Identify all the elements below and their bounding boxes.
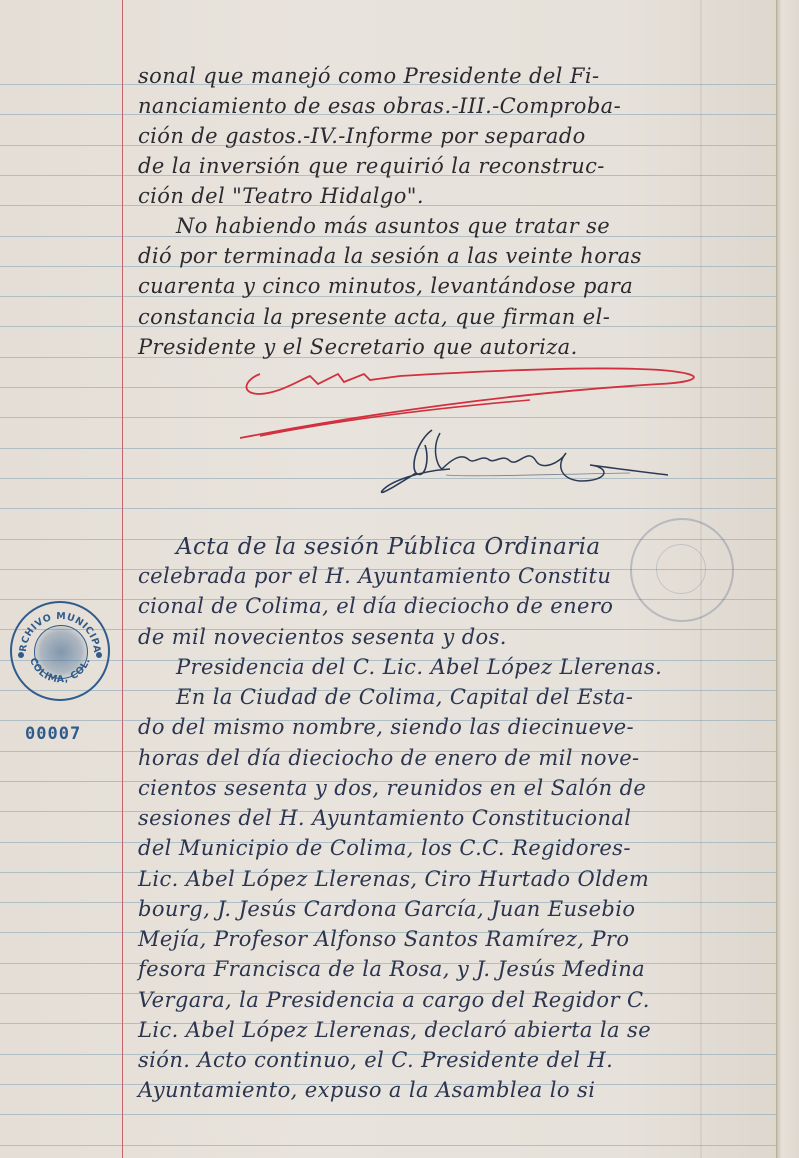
entry-title-line: Acta de la sesión Pública Ordinaria	[176, 536, 600, 559]
stamp-top-text: ARCHIVO MUNICIPAL	[12, 603, 102, 654]
stamp-bottom-text: COLIMA, COL.	[27, 656, 93, 685]
text-line: Lic. Abel López Llerenas, Ciro Hurtado O…	[138, 869, 649, 890]
text-line: sesiones del H. Ayuntamiento Constitucio…	[138, 808, 631, 829]
text-line: cientos sesenta y dos, reunidos en el Sa…	[138, 778, 646, 799]
text-line: horas del día dieciocho de enero de mil …	[138, 748, 640, 769]
stamp-star-icon	[96, 652, 102, 658]
text-line: dió por terminada la sesión a las veinte…	[138, 246, 642, 267]
ruled-line	[0, 508, 778, 509]
presidency-line: Presidencia del C. Lic. Abel López Llere…	[176, 657, 662, 678]
bleed-through-stamp	[630, 518, 734, 622]
text-line: Mejía, Profesor Alfonso Santos Ramírez, …	[138, 929, 629, 950]
text-line: del Municipio de Colima, los C.C. Regido…	[138, 838, 631, 859]
stamp-star-icon	[18, 652, 24, 658]
svg-text:ARCHIVO MUNICIPAL: ARCHIVO MUNICIPAL	[12, 603, 102, 654]
text-line: sión. Acto continuo, el C. Presidente de…	[138, 1050, 613, 1071]
text-line: do del mismo nombre, siendo las diecinue…	[138, 717, 634, 738]
page-edge	[776, 0, 799, 1158]
text-line: cional de Colima, el día dieciocho de en…	[138, 596, 613, 617]
text-line: ción del "Teatro Hidalgo".	[138, 186, 424, 207]
ledger-page: sonal que manejó como Presidente del Fi-…	[0, 0, 778, 1158]
text-line: sonal que manejó como Presidente del Fi-	[138, 66, 599, 87]
text-line: Vergara, la Presidencia a cargo del Regi…	[138, 990, 650, 1011]
text-line: cuarenta y cinco minutos, levantándose p…	[138, 276, 633, 297]
red-margin-line	[122, 0, 123, 1158]
text-line: ción de gastos.-IV.-Informe por separado	[138, 126, 586, 147]
text-line: En la Ciudad de Colima, Capital del Esta…	[176, 687, 633, 708]
folio-number: 00007	[25, 724, 81, 744]
svg-text:COLIMA, COL.: COLIMA, COL.	[27, 656, 93, 685]
text-line: Ayuntamiento, expuso a la Asamblea lo si	[138, 1080, 595, 1101]
text-line: constancia la presente acta, que firman …	[138, 307, 610, 328]
text-line: nanciamiento de esas obras.-III.-Comprob…	[138, 96, 621, 117]
ruled-line	[0, 1114, 778, 1115]
text-line: bourg, J. Jesús Cardona García, Juan Eus…	[138, 899, 635, 920]
text-line: Presidente y el Secretario que autoriza.	[138, 337, 578, 358]
text-line: Lic. Abel López Llerenas, declaró abiert…	[138, 1020, 651, 1041]
secretary-signature	[370, 425, 670, 500]
text-line: fesora Francisca de la Rosa, y J. Jesús …	[138, 959, 645, 980]
ruled-line	[0, 1145, 778, 1146]
text-line: No habiendo más asuntos que tratar se	[176, 216, 610, 237]
text-line: de mil novecientos sesenta y dos.	[138, 627, 507, 648]
text-line: de la inversión que requirió la reconstr…	[138, 156, 605, 177]
archive-stamp: ARCHIVO MUNICIPAL COLIMA, COL.	[10, 601, 110, 701]
text-line: celebrada por el H. Ayuntamiento Constit…	[138, 566, 611, 587]
